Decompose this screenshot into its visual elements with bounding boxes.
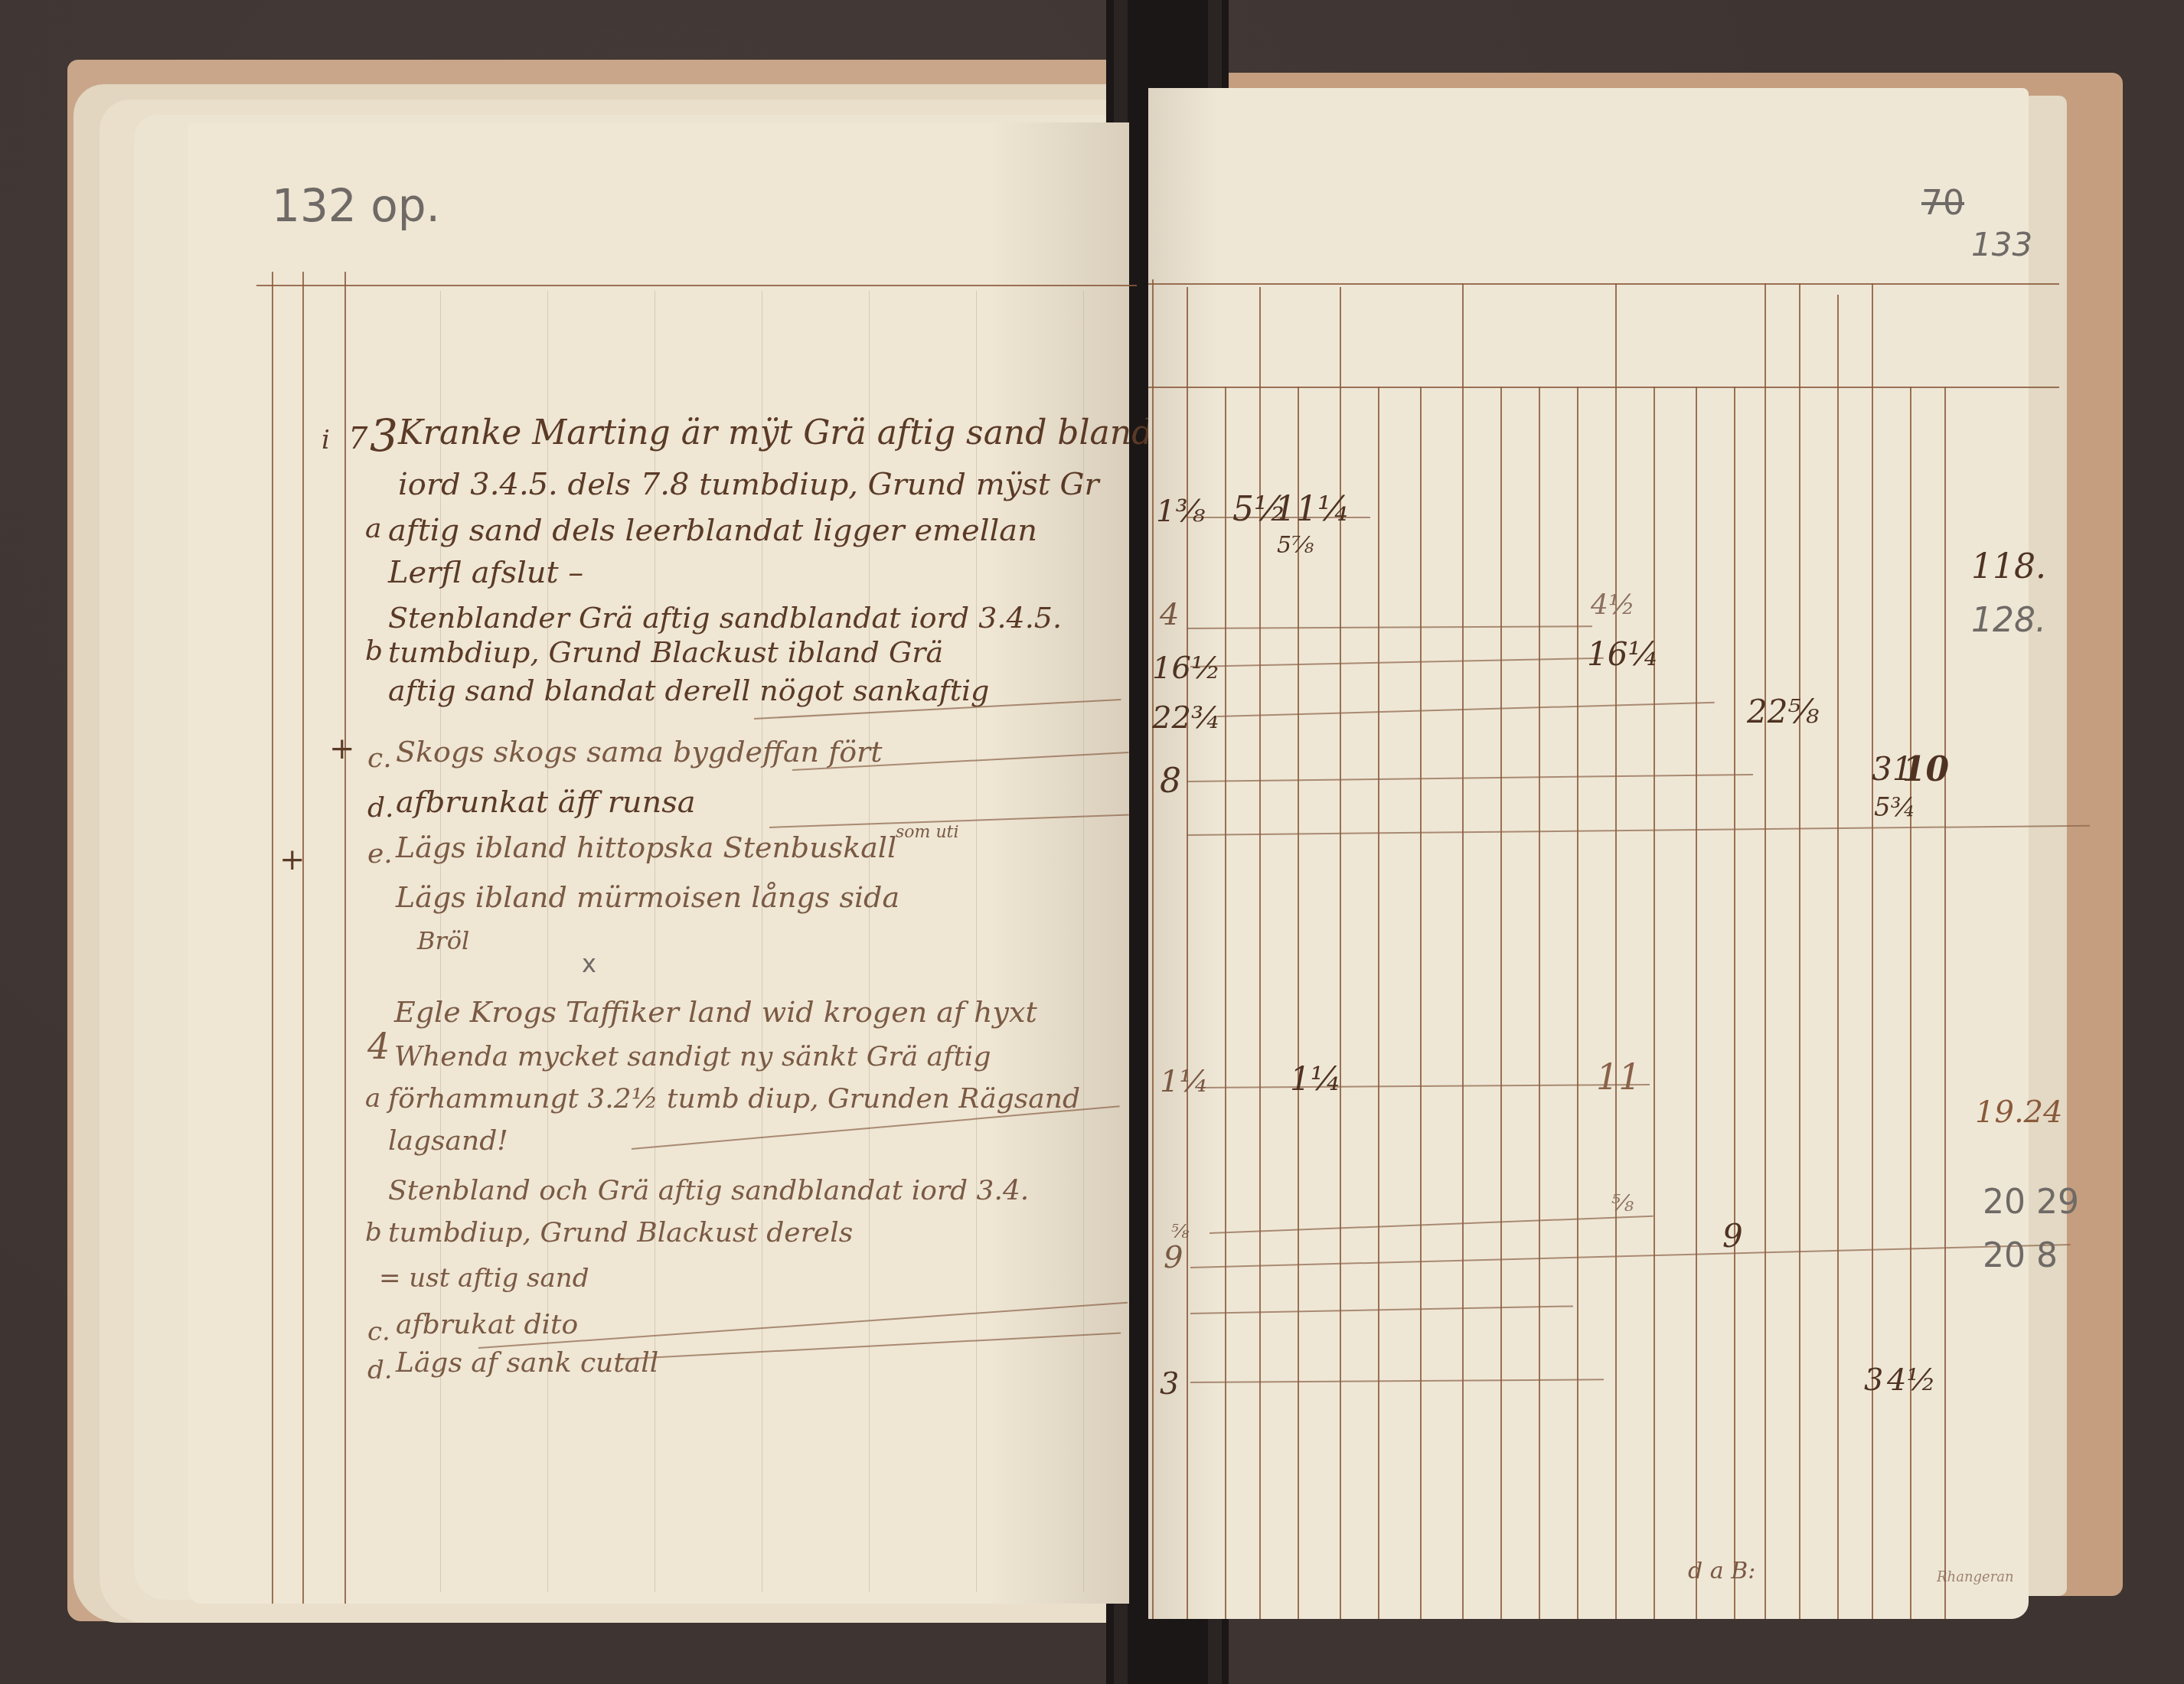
- item-c-text: Skogs skogs sama bygdeffan fört: [396, 735, 883, 769]
- margin-cross: +: [279, 842, 305, 877]
- value-r2-c1: 4: [1160, 597, 1179, 632]
- col-rule: [1734, 387, 1735, 1619]
- col-rule: [1765, 283, 1766, 1619]
- value-r9-c14: 3: [1864, 1363, 1883, 1398]
- col-rule: [1577, 387, 1578, 1619]
- footer-scrawl: Rhangeran: [1937, 1569, 2014, 1585]
- entry-4-sublabel-b: b: [365, 1217, 382, 1248]
- value-r4-c12: 22⅝: [1747, 693, 1819, 730]
- header-rule: [256, 285, 1137, 286]
- value-r6-c1: 1¼: [1160, 1064, 1209, 1099]
- col-rule: [1298, 387, 1299, 1619]
- entry-3-sublabel-b: b: [365, 635, 383, 667]
- entry-4-line-7: = ust aftig sand: [379, 1263, 589, 1294]
- left-page: 132 op. i 7 3 Kranke Marting är mÿt Grä …: [188, 122, 1129, 1604]
- margin-mark-i: i: [322, 425, 330, 455]
- ink-total-118: 118.: [1971, 547, 2046, 586]
- entry-4-line-4: lagsand!: [388, 1125, 508, 1157]
- col-rule: [1654, 387, 1655, 1619]
- item-c-label: c.: [367, 742, 392, 774]
- value-r6-c3: 1¼: [1290, 1060, 1341, 1098]
- col-rule: [1378, 387, 1379, 1619]
- value-r6-c9: 11: [1596, 1056, 1641, 1098]
- entry-3-line-7: aftig sand blandat derell nögot sankafti…: [388, 674, 989, 707]
- entry-3-line-4: Lerfl afslut –: [388, 555, 583, 590]
- value-r2-c9: 4½: [1591, 589, 1635, 621]
- value-r1-c1: 1⅜: [1156, 494, 1205, 529]
- col-rule: [1187, 287, 1188, 1619]
- entry-3-line-3: aftig sand dels leerblandat ligger emell…: [388, 513, 1037, 548]
- item-f-text: Lägs ibland mürmoisen långs sida: [396, 880, 899, 914]
- row-line-r4: [1217, 702, 1715, 717]
- entry-3-sublabel-a: a: [365, 513, 381, 544]
- value-r3-c9: 16¼: [1587, 635, 1659, 673]
- folio-struck: 70: [1921, 184, 1964, 223]
- margin-rule-2: [302, 272, 304, 1604]
- folio-number: 133: [1971, 226, 2032, 263]
- entry-3-line-5: Stenblander Grä aftig sandblandat iord 3…: [388, 601, 1062, 635]
- col-rule: [1799, 283, 1800, 1619]
- item-e-text: Lägs ibland hittopska Stenbuskall: [396, 831, 896, 864]
- row-line-r9: [1190, 1379, 1604, 1383]
- entry-3-line-6: tumbdiup, Grund Blackust ibland Grä: [388, 635, 943, 669]
- item-g-text: Bröl: [417, 926, 469, 955]
- margin-mark-7: 7: [348, 421, 367, 456]
- col-rule: [1696, 387, 1697, 1619]
- row-line-r5b: [1187, 825, 2090, 836]
- entry-4-line-1: Egle Krogs Taffiker land wid krogen af h…: [394, 995, 1037, 1029]
- col-rule: [1340, 287, 1341, 1619]
- pencil-20-8: 20 8: [1983, 1236, 2058, 1275]
- value-r1-c3: 11¼: [1275, 490, 1350, 529]
- value-r1b-c3: 5⅞: [1277, 532, 1314, 559]
- value-r5-c15: 10: [1902, 750, 1949, 789]
- col-rule: [1259, 287, 1261, 1619]
- col-rule: [1539, 387, 1540, 1619]
- annotation-som-uti: som uti: [896, 823, 958, 842]
- entry-4-line-6: tumbdiup, Grund Blackust derels: [388, 1217, 853, 1248]
- value-r3-c1: 16½: [1152, 651, 1221, 686]
- col-rule: [1910, 387, 1911, 1619]
- value-r7-c9: ⅝: [1611, 1190, 1634, 1217]
- value-r8-c1-frac: ⅝: [1171, 1221, 1189, 1242]
- col-rule: [1872, 283, 1873, 1619]
- entry-4-sublabel-a: a: [365, 1083, 380, 1114]
- pencil-folio-number: 132 op.: [272, 180, 440, 232]
- entry-3-line-1: Kranke Marting är mÿt Grä aftig sand bla…: [398, 413, 1187, 452]
- value-r8-c11: 9: [1722, 1217, 1743, 1255]
- row-line-r8b: [1190, 1305, 1573, 1314]
- value-r5b-c14: 5¾: [1874, 792, 1916, 823]
- value-r5-c1: 8: [1160, 762, 1181, 801]
- col-rule: [1615, 283, 1617, 1619]
- ink-total-19-24: 19.24: [1975, 1095, 2063, 1130]
- col-rule: [1462, 283, 1464, 1619]
- row-line-r7: [1210, 1216, 1654, 1234]
- col-rule: [1225, 387, 1226, 1619]
- margin-rule-3: [344, 272, 346, 1604]
- row-line-r8: [1190, 1244, 2071, 1268]
- entry-3-number: 3: [370, 410, 398, 462]
- row-line-r2: [1187, 625, 1592, 629]
- entry-4-item-c-label: c.: [367, 1317, 390, 1347]
- right-page: 70 133 1⅜ 5½ 11¼ 5⅞ 4 4½ 16½ 16¼ 22¾ 22⅝…: [1148, 88, 2029, 1619]
- col-rule: [1152, 279, 1154, 1619]
- entry-4-line-3: förhammungt 3.2½ tumb diup, Grunden Rägs…: [388, 1083, 1080, 1115]
- value-r9-c15: 4½: [1887, 1363, 1936, 1398]
- row-line-r5: [1187, 774, 1753, 782]
- value-r8-c1: 9: [1164, 1240, 1183, 1275]
- pencil-cross: x: [582, 949, 596, 978]
- entry-4-item-c-text: afbrukat dito: [396, 1309, 578, 1340]
- header-rule-top: [1148, 283, 2059, 285]
- entry-4-line-2: Whenda mycket sandigt ny sänkt Grä aftig: [394, 1041, 991, 1072]
- entry-3-line-2: iord 3.4.5. dels 7.8 tumbdiup, Grund mÿs…: [398, 467, 1099, 502]
- entry-4-number: 4: [367, 1026, 390, 1067]
- value-r9-c1: 3: [1160, 1366, 1179, 1402]
- value-r4-c1: 22¾: [1152, 700, 1221, 736]
- margin-cross: +: [329, 731, 355, 766]
- header-rule-bottom: [1148, 387, 2059, 388]
- margin-rule-1: [272, 272, 273, 1604]
- item-d-label: d.: [367, 792, 394, 824]
- footer-letters: d a B:: [1688, 1558, 1755, 1584]
- col-rule: [1944, 387, 1946, 1619]
- col-rule: [1500, 387, 1502, 1619]
- pencil-total-128: 128.: [1971, 601, 2046, 640]
- item-e-label: e.: [367, 838, 393, 870]
- entry-4-line-5: Stenbland och Grä aftig sandblandat iord…: [388, 1175, 1029, 1206]
- entry-4-item-d-text: Lägs af sank cutall: [396, 1347, 658, 1379]
- row-line-r3: [1190, 658, 1604, 667]
- item-d-text: afbrunkat äff runsa: [396, 785, 696, 820]
- col-rule: [1837, 295, 1839, 1619]
- col-rule: [1420, 387, 1422, 1619]
- pencil-20-29: 20 29: [1983, 1183, 2079, 1222]
- row-line-r6: [1198, 1084, 1650, 1088]
- entry-4-item-d-label: d.: [367, 1355, 393, 1385]
